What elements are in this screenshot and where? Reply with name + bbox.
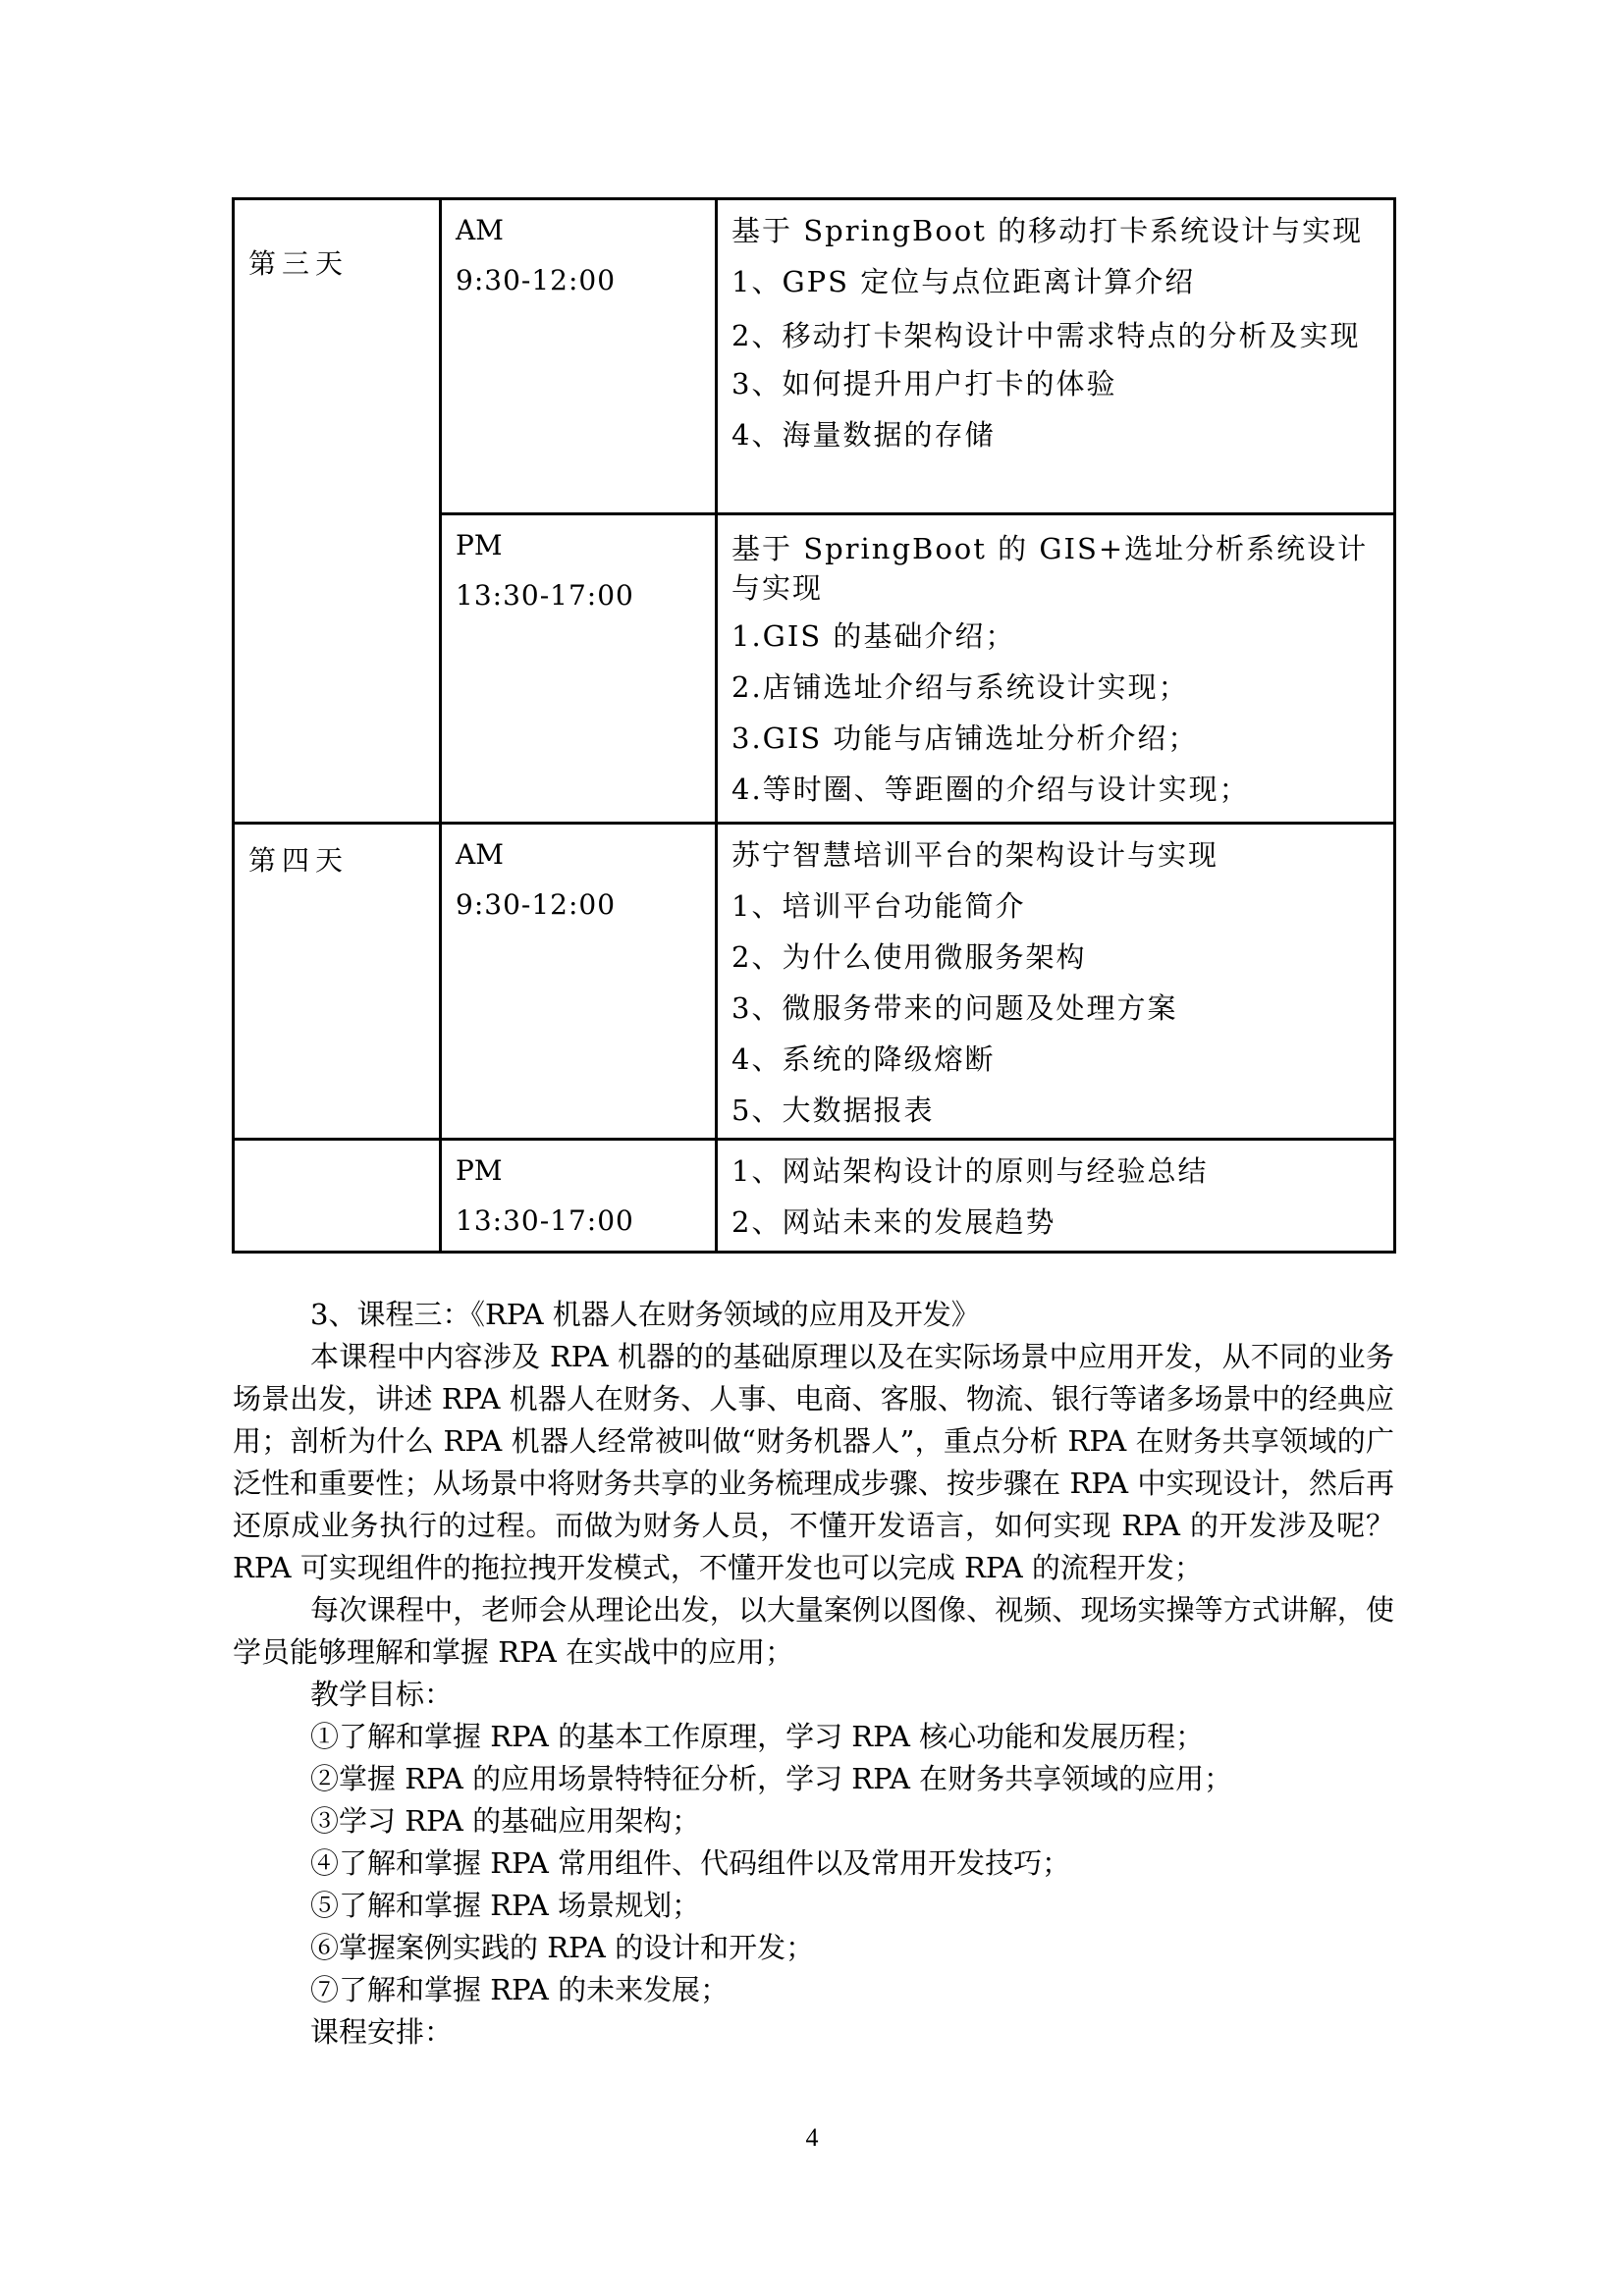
table-row: 第四天 AM 9:30-12:00 苏宁智慧培训平台的架构设计与实现 1、培训平… [234,824,1395,1140]
day-cell: 第四天 [234,824,441,1140]
goal-item: ①了解和掌握 RPA 的基本工作原理，学习 RPA 核心功能和发展历程； [233,1716,1394,1758]
session-topic: 4、海量数据的存储 [731,418,1380,452]
session-topic: 1、网站架构设计的原则与经验总结 [731,1154,1380,1188]
course-heading: 3、课程三：《RPA 机器人在财务领域的应用及开发》 [233,1294,1394,1336]
session-title: 基于 SpringBoot 的 GIS+选址分析系统设计与实现 [731,529,1380,608]
session-topic: 5、大数据报表 [731,1094,1380,1127]
session-topic: 4.等时圈、等距圈的介绍与设计实现； [731,773,1380,806]
content-cell: 基于 SpringBoot 的移动打卡系统设计与实现 1、GPS 定位与点位距离… [717,199,1395,514]
session-title: 苏宁智慧培训平台的架构设计与实现 [731,838,1380,872]
session-topic: 2.店铺选址介绍与系统设计实现； [731,670,1380,704]
course-description: 3、课程三：《RPA 机器人在财务领域的应用及开发》 本课程中内容涉及 RPA … [233,1294,1394,2054]
goal-item: ⑤了解和掌握 RPA 场景规划； [233,1885,1394,1927]
session-topic: 3.GIS 功能与店铺选址分析介绍； [731,721,1380,755]
session-topic: 1、GPS 定位与点位距离计算介绍 [731,265,1380,298]
goal-item: ④了解和掌握 RPA 常用组件、代码组件以及常用开发技巧； [233,1842,1394,1885]
slot-name: AM [456,214,701,247]
slot-name: AM [456,838,701,872]
session-topic: 2、移动打卡架构设计中需求特点的分析及实现 [731,316,1380,355]
slot-time: 9:30-12:00 [456,888,701,922]
day-cell: 第三天 [234,199,441,824]
course-schedule-table: 第三天 AM 9:30-12:00 基于 SpringBoot 的移动打卡系统设… [232,197,1396,1254]
method-paragraph: 每次课程中，老师会从理论出发，以大量案例以图像、视频、现场实操等方式讲解，使学员… [233,1589,1394,1674]
session-topic: 1、培训平台功能简介 [731,889,1380,923]
time-cell: AM 9:30-12:00 [441,824,717,1140]
slot-time: 13:30-17:00 [456,1204,701,1238]
session-title: 基于 SpringBoot 的移动打卡系统设计与实现 [731,214,1380,247]
table-row: 第三天 AM 9:30-12:00 基于 SpringBoot 的移动打卡系统设… [234,199,1395,514]
page-number: 4 [0,2123,1624,2153]
content-cell: 苏宁智慧培训平台的架构设计与实现 1、培训平台功能简介 2、为什么使用微服务架构… [717,824,1395,1140]
slot-time: 9:30-12:00 [456,264,701,297]
session-topic: 3、微服务带来的问题及处理方案 [731,991,1380,1025]
session-topic: 2、网站未来的发展趋势 [731,1205,1380,1239]
day-label: 第三天 [235,200,439,291]
slot-time: 13:30-17:00 [456,579,701,613]
table-row: PM 13:30-17:00 1、网站架构设计的原则与经验总结 2、网站未来的发… [234,1140,1395,1253]
goal-item: ③学习 RPA 的基础应用架构； [233,1800,1394,1842]
session-topic: 1.GIS 的基础介绍； [731,619,1380,653]
session-topic: 4、系统的降级熔断 [731,1042,1380,1076]
content-cell: 1、网站架构设计的原则与经验总结 2、网站未来的发展趋势 [717,1140,1395,1253]
slot-name: PM [456,1154,701,1188]
goal-item: ⑦了解和掌握 RPA 的未来发展； [233,1969,1394,2011]
time-cell: PM 13:30-17:00 [441,514,717,824]
day-label [235,1141,439,1170]
slot-name: PM [456,529,701,562]
goal-item: ⑥掌握案例实践的 RPA 的设计和开发； [233,1927,1394,1969]
day-label: 第四天 [235,825,439,887]
document-page: 第三天 AM 9:30-12:00 基于 SpringBoot 的移动打卡系统设… [0,0,1624,2296]
session-topic: 3、如何提升用户打卡的体验 [731,367,1380,400]
session-topic: 2、为什么使用微服务架构 [731,940,1380,974]
intro-paragraph: 本课程中内容涉及 RPA 机器的的基础原理以及在实际场景中应用开发，从不同的业务… [233,1336,1394,1589]
schedule-title: 课程安排： [233,2011,1394,2054]
goals-title: 教学目标： [233,1674,1394,1716]
time-cell: PM 13:30-17:00 [441,1140,717,1253]
content-cell: 基于 SpringBoot 的 GIS+选址分析系统设计与实现 1.GIS 的基… [717,514,1395,824]
time-cell: AM 9:30-12:00 [441,199,717,514]
goal-item: ②掌握 RPA 的应用场景特特征分析，学习 RPA 在财务共享领域的应用； [233,1758,1394,1800]
day-cell [234,1140,441,1253]
